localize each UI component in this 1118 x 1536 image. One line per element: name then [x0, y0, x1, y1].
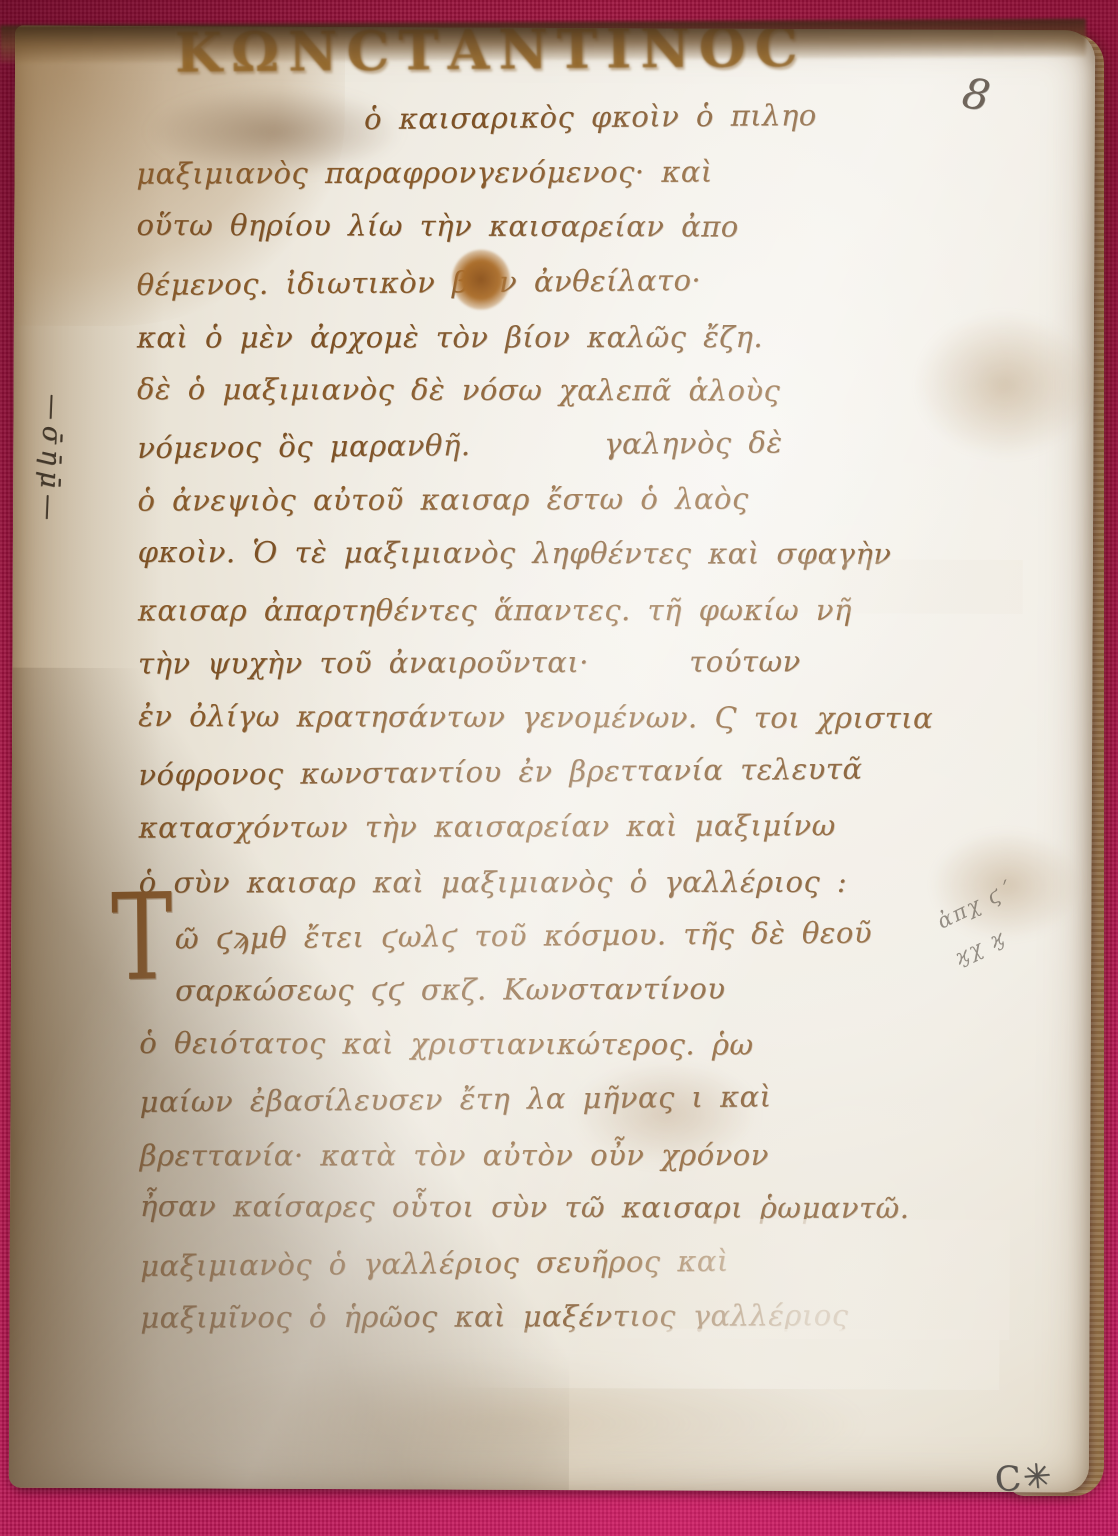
- manuscript-page: ΚΩΝCΤΑΝΤΙΝΟC 8 ὁ καισαρικὸς φκοὶν ὁ πιλη…: [9, 26, 1095, 1493]
- soiled-top-edge: [0, 19, 1086, 64]
- photo-scene: ΚΩΝCΤΑΝΤΙΝΟC 8 ὁ καισαρικὸς φκοὶν ὁ πιλη…: [0, 0, 1118, 1536]
- light-sheen: [9, 26, 1095, 1493]
